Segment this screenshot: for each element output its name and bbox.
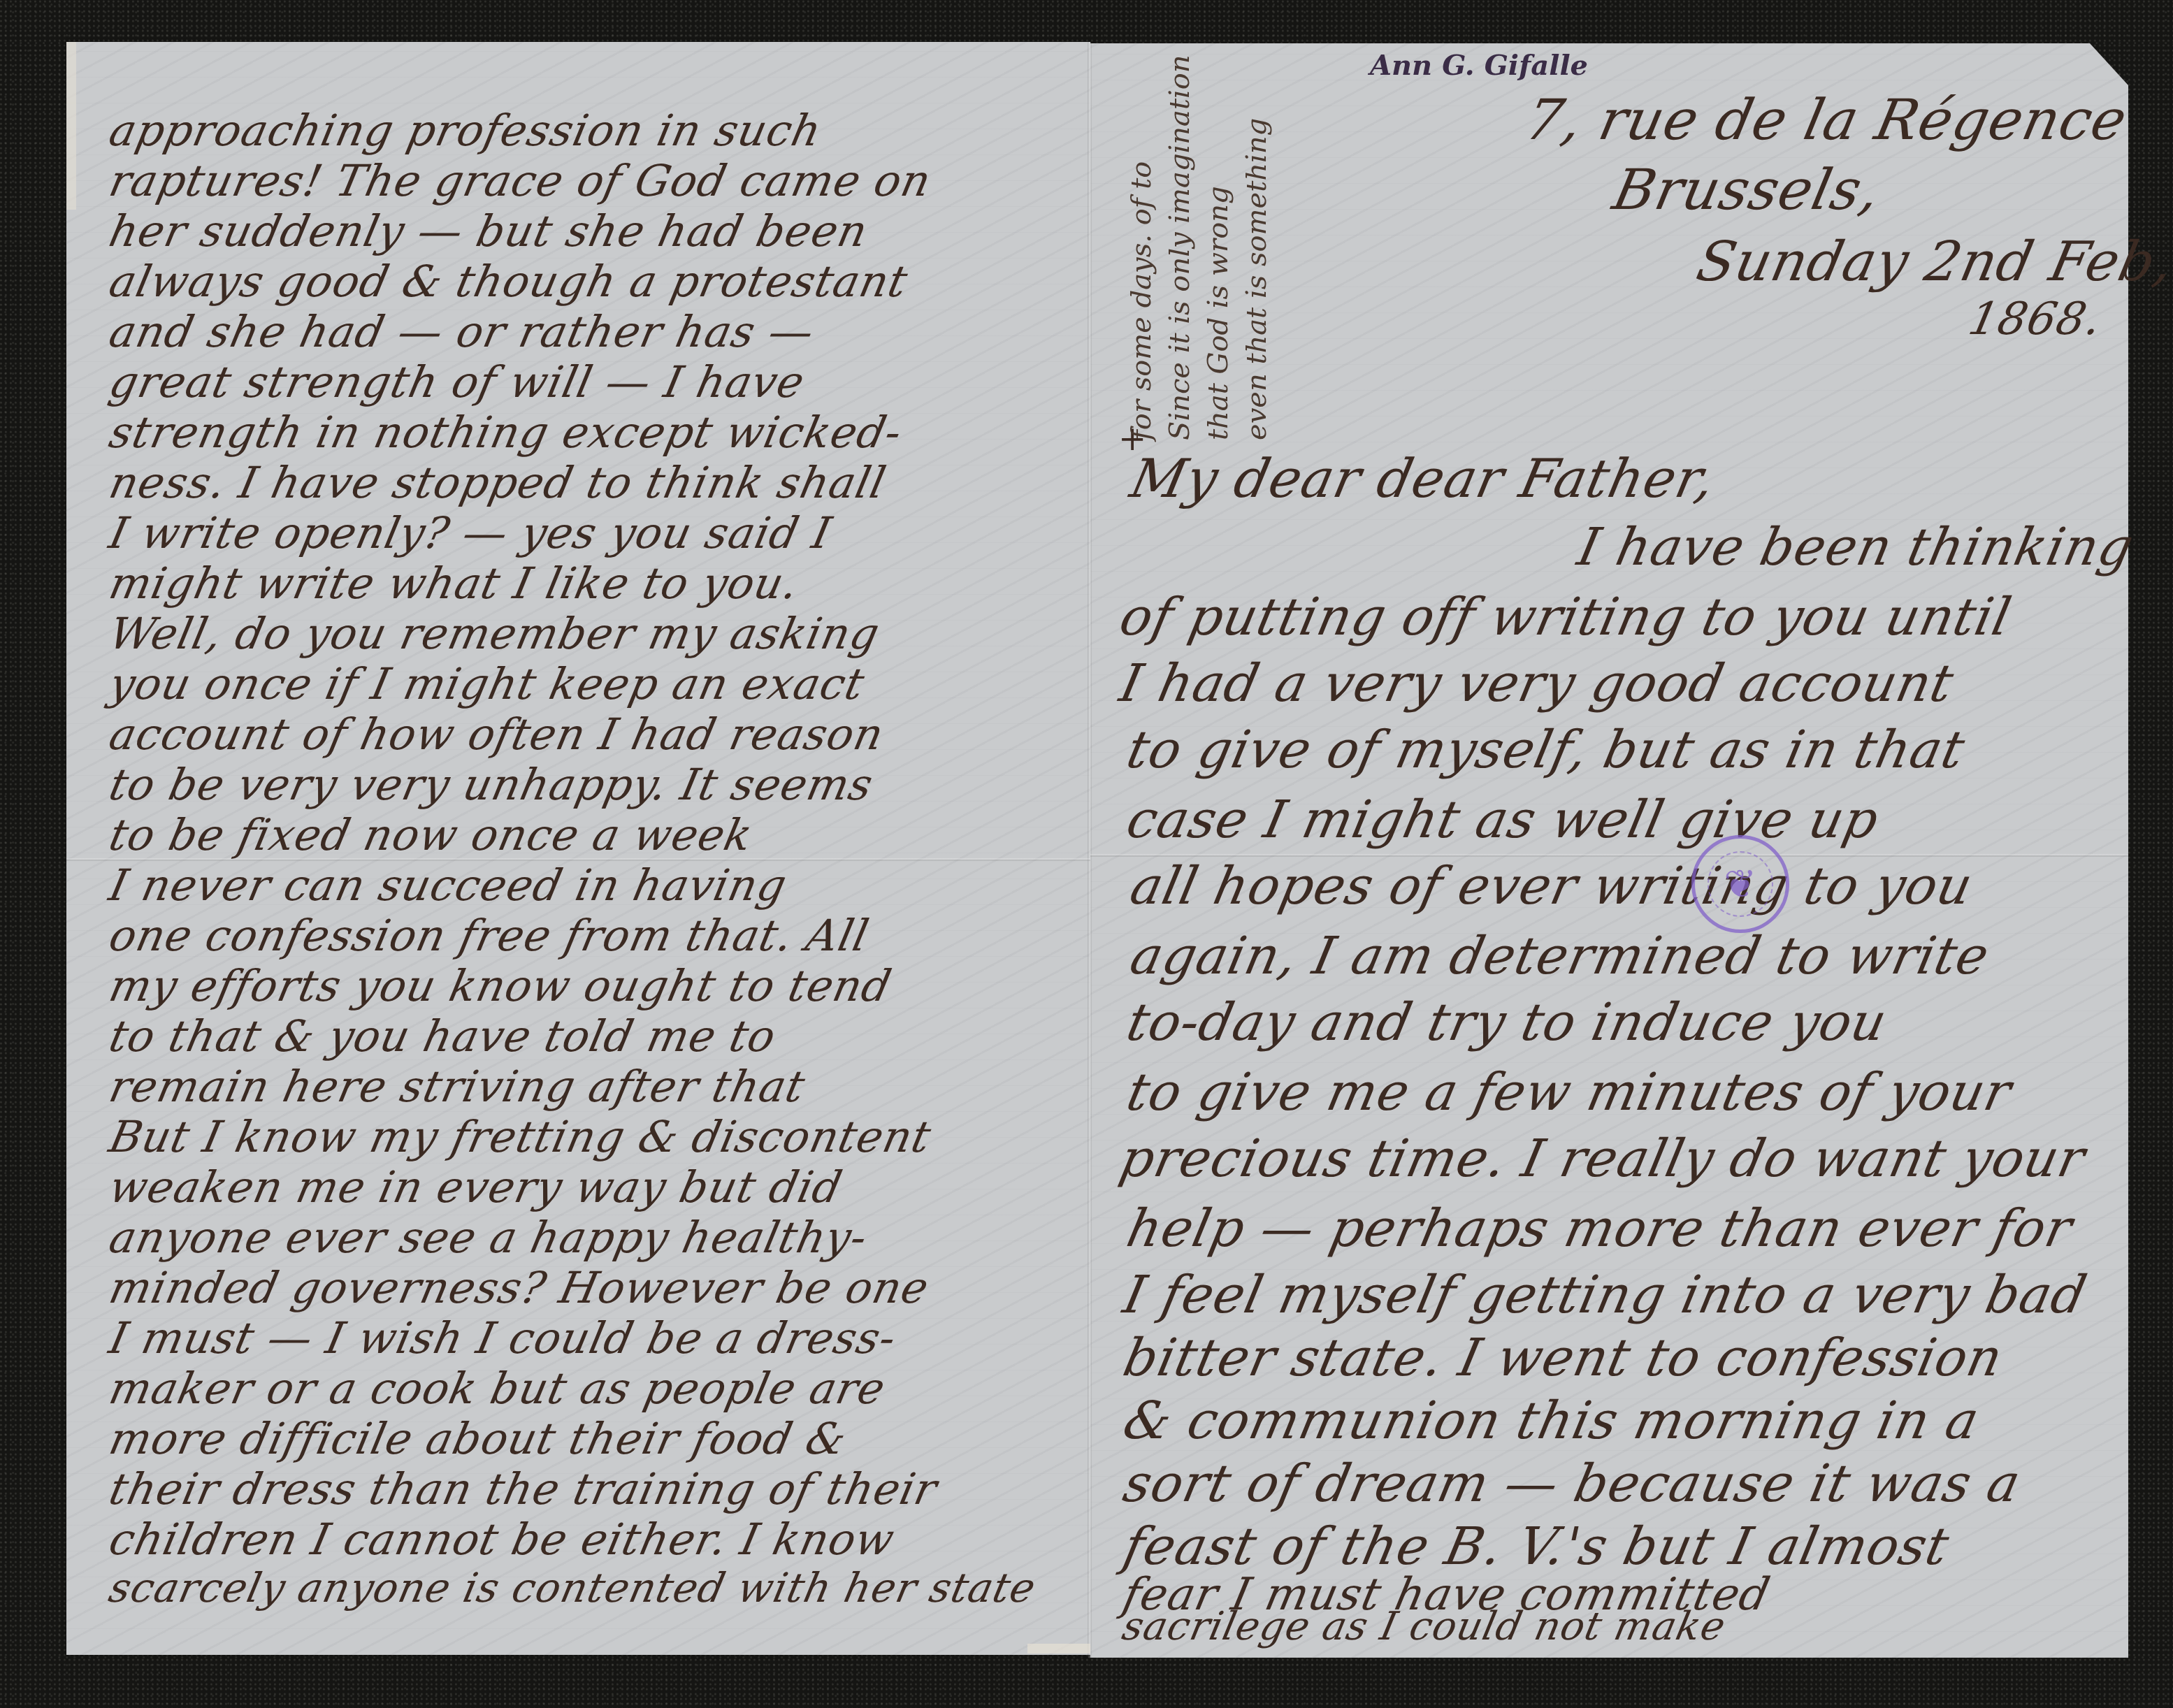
left-line: to be fixed now once a week [105, 809, 758, 860]
left-line: But I know my fretting & discontent [105, 1111, 936, 1162]
right-line: & communion this morning in a [1118, 1391, 1984, 1451]
right-line: I feel myself getting into a very bad [1118, 1265, 2092, 1325]
right-line: all hopes of ever writing to you [1125, 856, 1978, 916]
address-line: 7, rue de la Régence [1520, 87, 2133, 152]
right-line: feast of the B. V.'s but I almost [1118, 1517, 1955, 1577]
left-line: great strength of will — I have [105, 356, 809, 407]
left-line: I never can succeed in having [105, 860, 792, 911]
left-line: ness. I have stopped to think shall [105, 457, 890, 508]
left-line: raptures! The grace of God came on [105, 155, 936, 206]
left-line: remain here striving after that [105, 1061, 810, 1112]
left-line: my efforts you know ought to tend [105, 960, 896, 1011]
margin-note-line: for some days. of to [1125, 161, 1157, 440]
left-line: strength in nothing except wicked- [105, 407, 907, 458]
right-line: I had a very very good account [1115, 653, 1959, 714]
left-line: weaken me in every way but did [105, 1161, 847, 1213]
salutation: My dear dear Father, [1125, 447, 1721, 509]
left-line: approaching profession in such [105, 105, 826, 156]
margin-note-line: even that is something [1241, 118, 1273, 440]
torn-edge-bottom [1027, 1644, 1090, 1653]
left-line: I must — I wish I could be a dress- [105, 1312, 901, 1363]
seal-stamp-icon: ❦ [1691, 835, 1789, 933]
left-line: Well, do you remember my asking [105, 608, 884, 659]
right-line: to-day and try to induce you [1122, 992, 1892, 1052]
right-line: bitter state. I went to confession [1118, 1328, 2008, 1388]
margin-note: for some days. of to Since it is only im… [1125, 63, 1335, 440]
center-fold-crease [1088, 42, 1092, 1658]
left-line: anyone ever see a happy healthy- [105, 1212, 872, 1263]
right-line: I have been thinking [1573, 517, 2139, 577]
left-line: her suddenly — but she had been [105, 205, 872, 256]
left-line: to be very very unhappy. It seems [105, 759, 878, 810]
margin-note-line: that God is wrong [1202, 186, 1234, 440]
left-line: maker or a cook but as people are [105, 1363, 890, 1414]
left-line: I write openly? — yes you said I [105, 507, 836, 558]
left-line: to that & you have told me to [105, 1011, 781, 1062]
left-line: scarcely anyone is contented with her st… [105, 1564, 1040, 1612]
right-line: of putting off writing to you until [1115, 587, 2016, 647]
year-line: 1868. [1964, 294, 2107, 345]
left-line: always good & though a protestant [105, 256, 912, 307]
left-line: children I cannot be either. I know [105, 1514, 900, 1565]
left-line: their dress than the training of their [105, 1463, 942, 1514]
date-line: Sunday 2nd Feb, [1691, 231, 2173, 294]
right-line: again, I am determined to write [1125, 926, 1995, 986]
margin-note-line: Since it is only imagination [1164, 55, 1196, 440]
torn-edge-top-left [66, 42, 76, 210]
left-line: account of how often I had reason [105, 709, 888, 760]
left-line: more difficile about their food & [105, 1413, 851, 1464]
city-line: Brussels, [1608, 157, 1886, 222]
right-line: help — perhaps more than ever for [1122, 1199, 2078, 1259]
archive-label: Ann G. Gifalle [1370, 49, 1588, 82]
right-line: to give me a few minutes of your [1122, 1062, 2016, 1122]
left-line: one confession free from that. All [105, 910, 874, 961]
left-line: might write what I like to you. [105, 558, 804, 609]
left-line: you once if I might keep an exact [105, 658, 869, 709]
left-line: and she had — or rather has — [105, 306, 819, 357]
left-line: minded governess? However be one [105, 1262, 934, 1313]
right-line: sort of dream — because it was a [1118, 1454, 2026, 1514]
right-line: precious time. I really do want your [1115, 1129, 2091, 1189]
right-line: to give of myself, but as in that [1122, 720, 1970, 780]
